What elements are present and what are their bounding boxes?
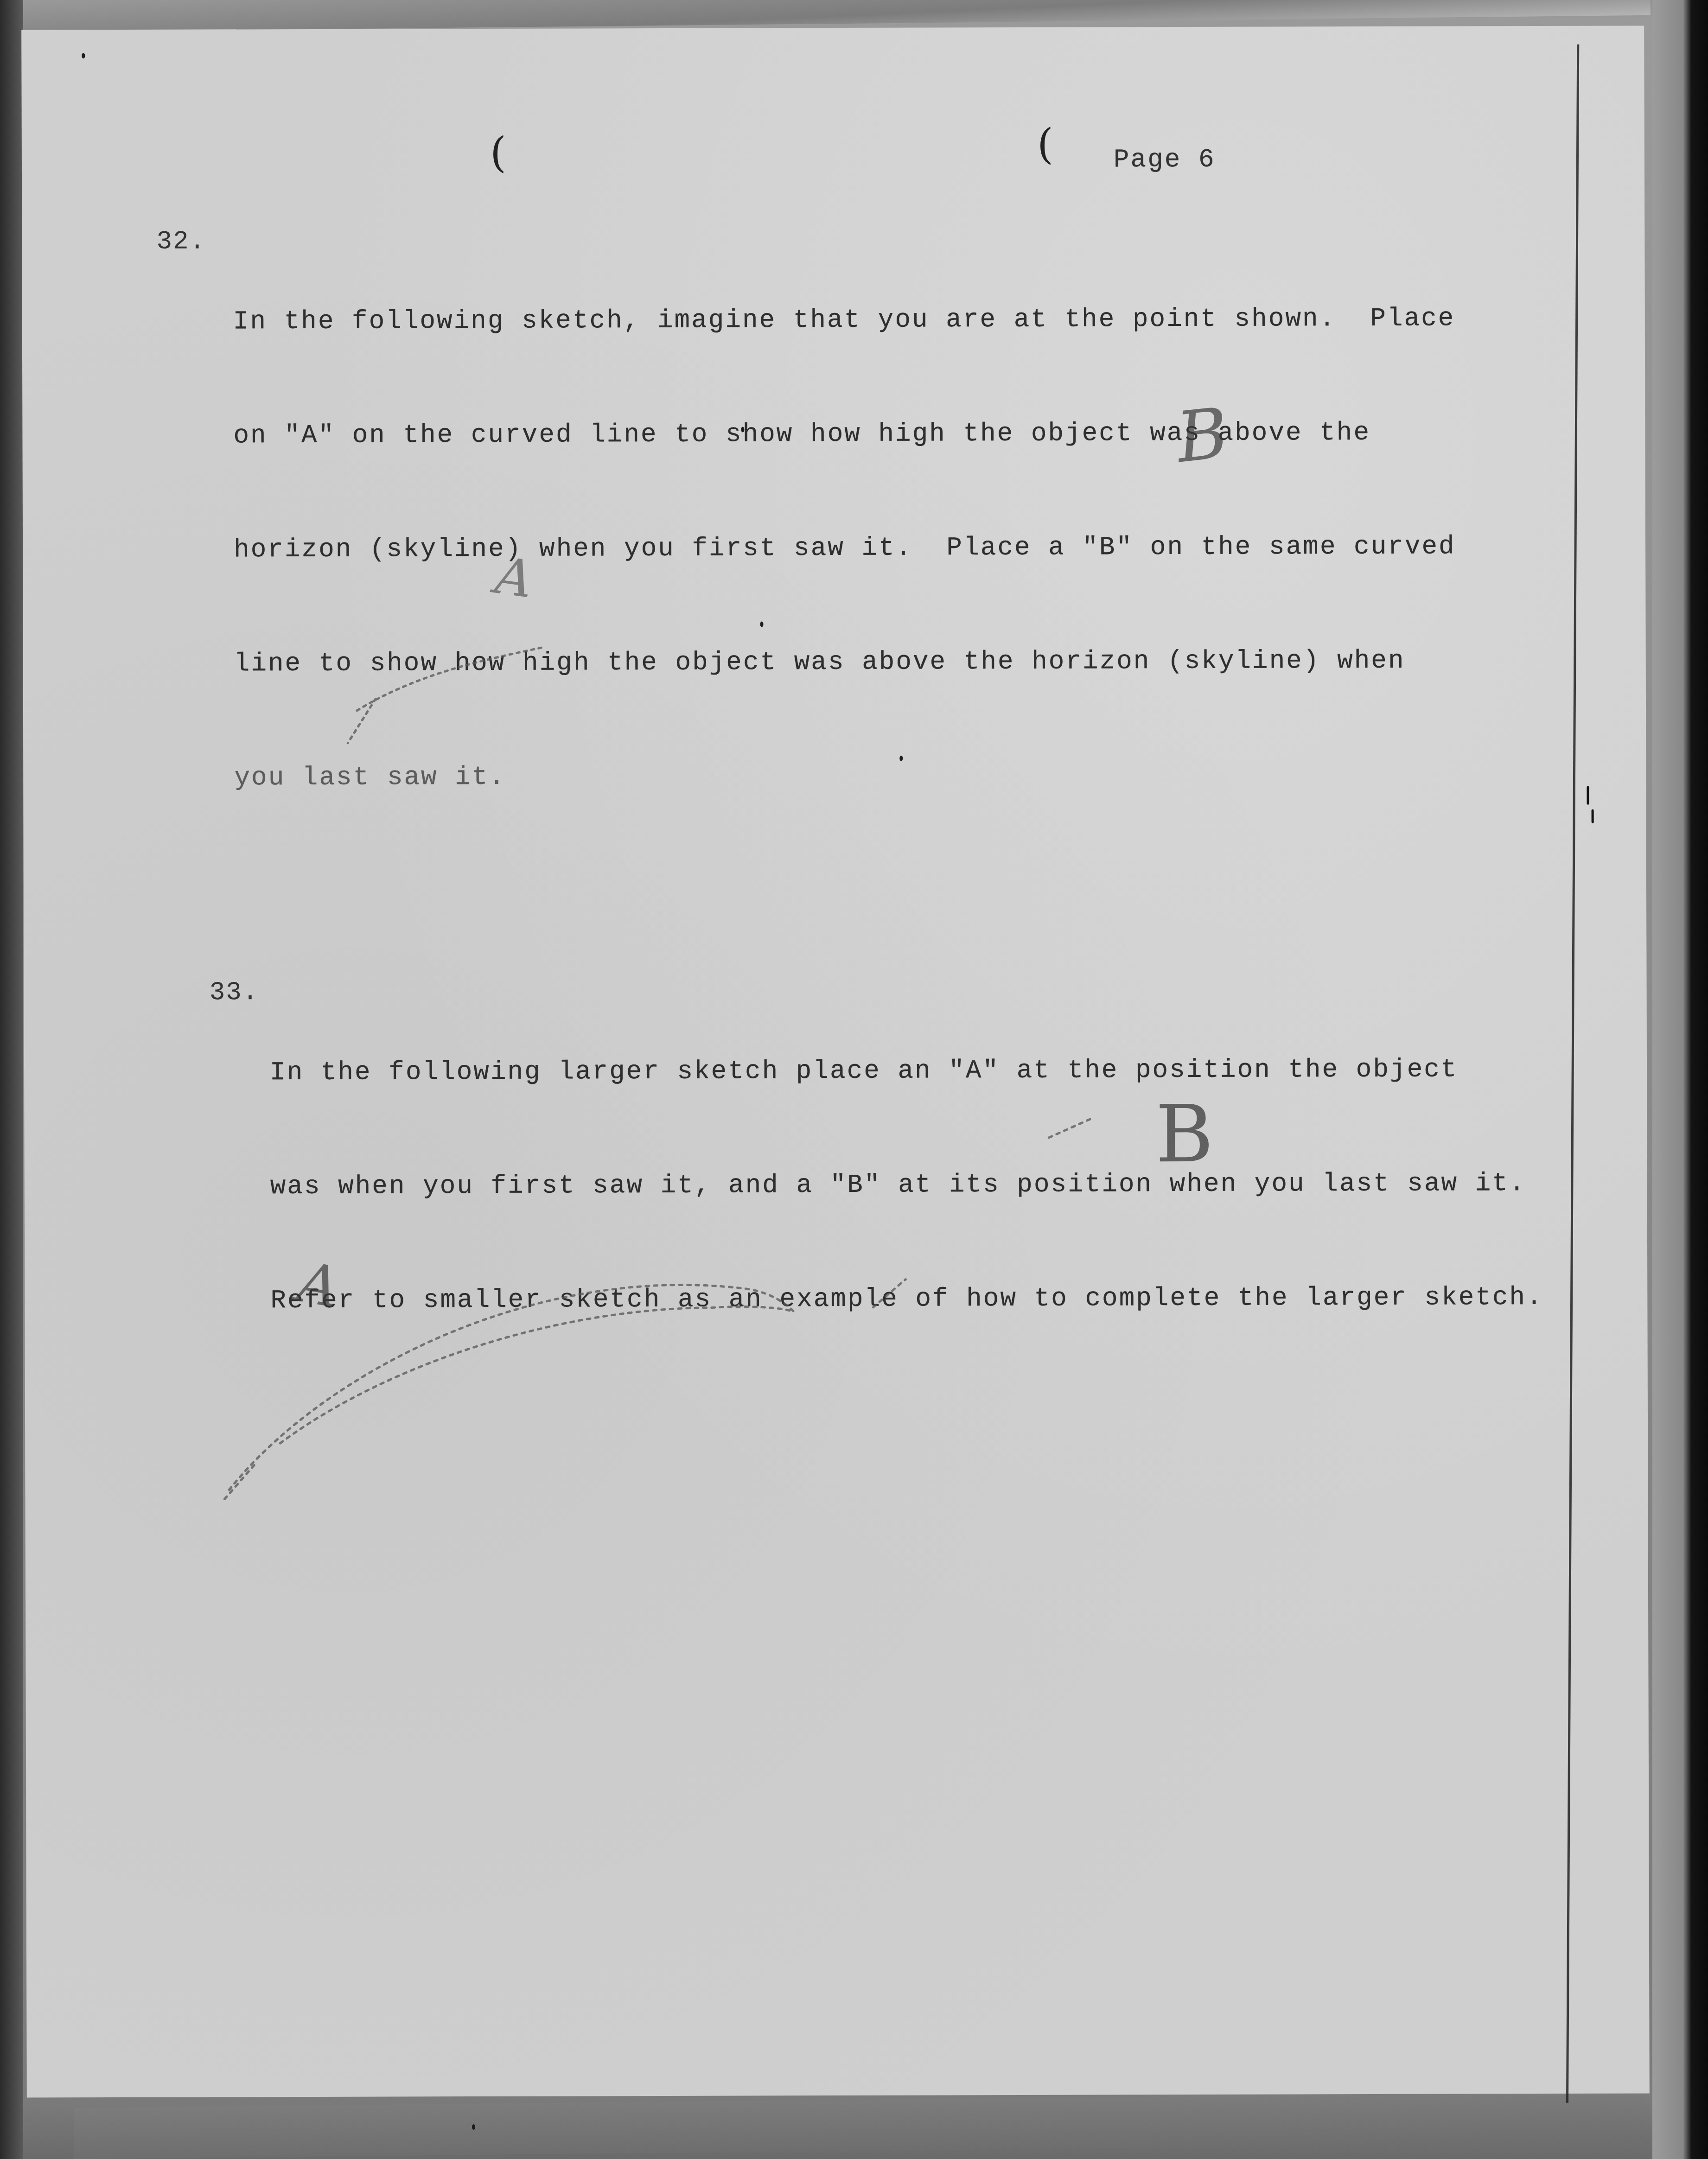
handwritten-b-mark: B (1155, 1089, 1213, 1180)
question-line: line to show how high the object was abo… (234, 641, 1456, 682)
question-line: Refer to smaller sketch as an example of… (270, 1278, 1543, 1319)
question-number: 33. (210, 977, 259, 1007)
question-32-text: In the following sketch, imagine that yo… (233, 223, 1456, 873)
right-scan-edge (1652, 0, 1708, 2159)
question-line: was when you first saw it, and a "B" at … (270, 1164, 1543, 1205)
document-page: ( ( Page 6 32. In the following sketch, … (21, 25, 1650, 2097)
left-scan-edge (0, 0, 23, 2159)
margin-mark: ( (1037, 120, 1053, 169)
dust-speck (82, 53, 85, 58)
binding-mark (1592, 809, 1594, 823)
question-line: In the following sketch, imagine that yo… (233, 299, 1455, 340)
binding-mark (1587, 786, 1589, 805)
dust-speck (472, 2124, 475, 2130)
dust-speck (760, 621, 764, 627)
question-number: 32. (156, 227, 206, 256)
observer-point-stroke (224, 1462, 257, 1499)
page-number: Page 6 (1114, 140, 1216, 179)
question-line: In the following larger sketch place an … (270, 1050, 1543, 1091)
right-margin-rule (1566, 45, 1579, 2103)
dust-speck (741, 427, 744, 433)
question-33-text: In the following larger sketch place an … (270, 974, 1544, 1395)
question-line: you last saw it. (234, 755, 1456, 796)
question-line: on "A" on the curved line to show how hi… (233, 413, 1455, 454)
question-line: horizon (skyline) when you first saw it.… (234, 527, 1456, 568)
dust-speck (899, 756, 903, 761)
margin-mark: ( (490, 128, 506, 177)
handwritten-b-mark: B (1173, 393, 1232, 479)
